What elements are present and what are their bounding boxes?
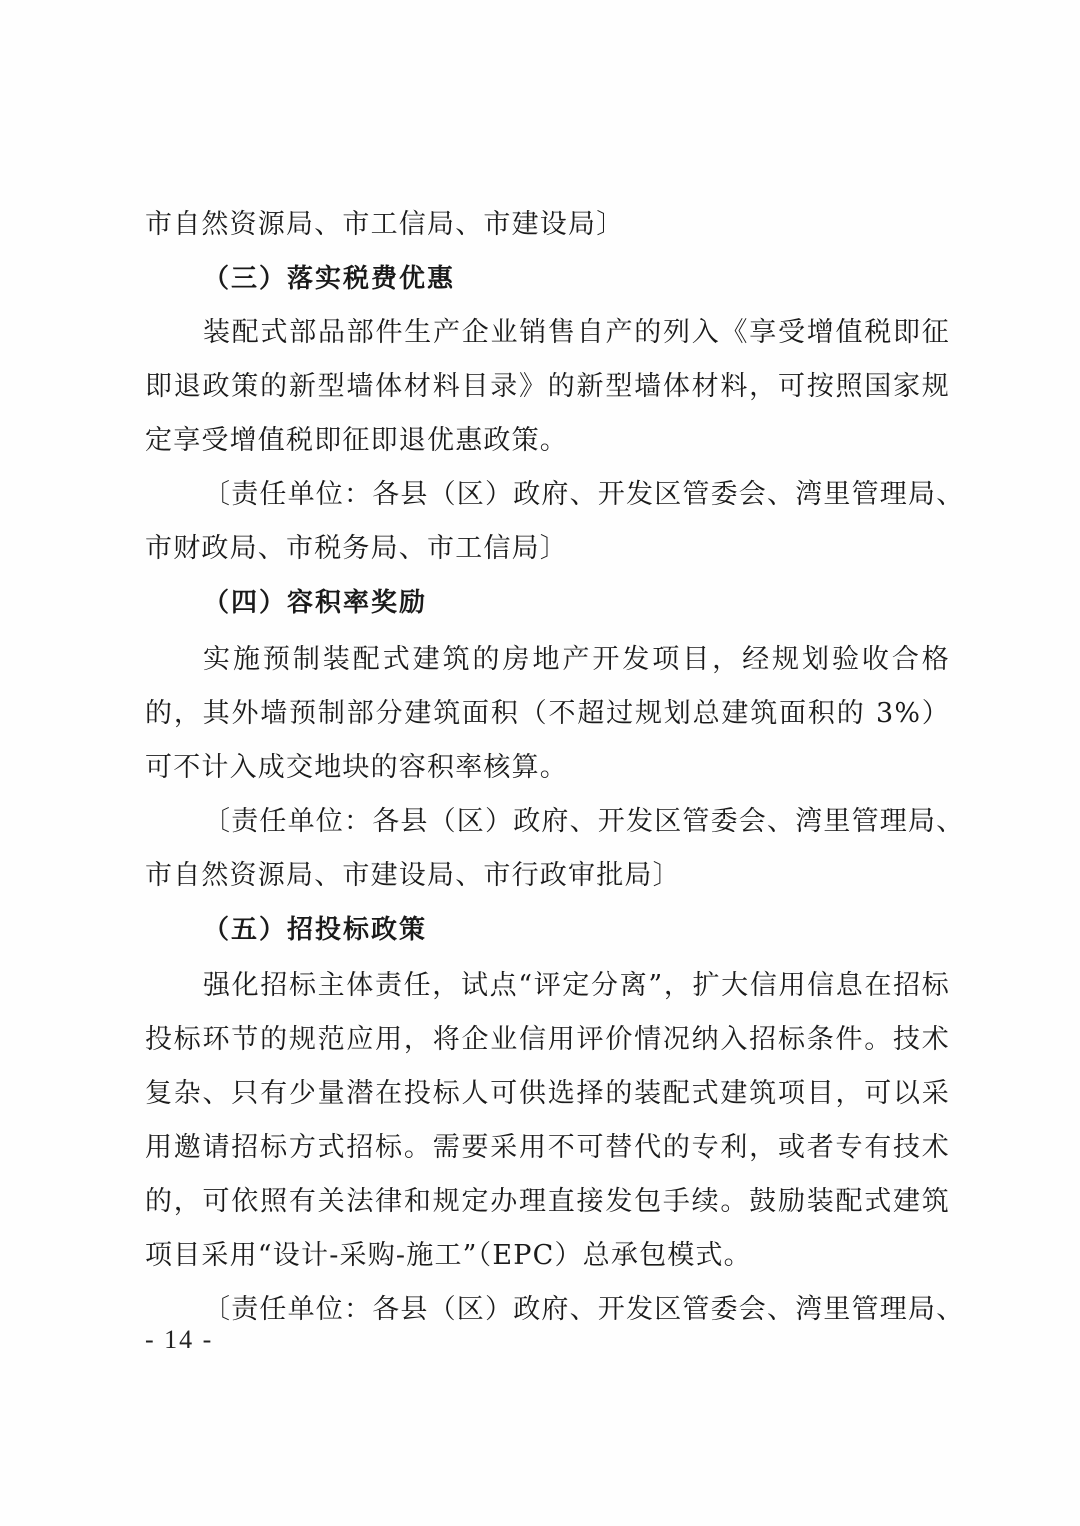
responsibility-units: 〔责任单位：各县（区）政府、开发区管委会、湾里管理局、 xyxy=(203,475,950,515)
responsibility-units: 〔责任单位：各县（区）政府、开发区管委会、湾里管理局、 xyxy=(203,1290,950,1330)
body-paragraph-line: 项目采用“设计-采购-施工”（EPC）总承包模式。 xyxy=(145,1236,950,1276)
body-paragraph-line: 用邀请招标方式招标。需要采用不可替代的专利，或者专有技术 xyxy=(145,1128,950,1168)
responsibility-units: 〔责任单位：各县（区）政府、开发区管委会、湾里管理局、 xyxy=(203,802,950,842)
document-page: 市自然资源局、市工信局、市建设局〕 （三）落实税费优惠 装配式部品部件生产企业销… xyxy=(0,0,1080,1526)
body-paragraph-line: 的，其外墙预制部分建筑面积（不超过规划总建筑面积的 3%） xyxy=(145,694,950,734)
body-paragraph-line: 定享受增值税即征即退优惠政策。 xyxy=(145,421,950,461)
section-heading-4: （四）容积率奖励 xyxy=(203,583,950,623)
responsibility-continuation: 市自然资源局、市工信局、市建设局〕 xyxy=(145,205,950,245)
page-number: - 14 - xyxy=(145,1320,213,1360)
body-paragraph-line: 实施预制装配式建筑的房地产开发项目，经规划验收合格 xyxy=(203,640,950,680)
responsibility-continuation: 市自然资源局、市建设局、市行政审批局〕 xyxy=(145,856,950,896)
section-heading-3: （三）落实税费优惠 xyxy=(203,259,950,299)
body-paragraph-line: 投标环节的规范应用，将企业信用评价情况纳入招标条件。技术 xyxy=(145,1020,950,1060)
body-paragraph-line: 的，可依照有关法律和规定办理直接发包手续。鼓励装配式建筑 xyxy=(145,1182,950,1222)
body-paragraph-line: 复杂、只有少量潜在投标人可供选择的装配式建筑项目，可以采 xyxy=(145,1074,950,1114)
responsibility-continuation: 市财政局、市税务局、市工信局〕 xyxy=(145,529,950,569)
body-paragraph-line: 装配式部品部件生产企业销售自产的列入《享受增值税即征 xyxy=(203,313,950,353)
section-heading-5: （五）招投标政策 xyxy=(203,910,950,950)
body-paragraph-line: 强化招标主体责任，试点“评定分离”，扩大信用信息在招标 xyxy=(203,966,950,1006)
body-paragraph-line: 即退政策的新型墙体材料目录》的新型墙体材料，可按照国家规 xyxy=(145,367,950,407)
body-paragraph-line: 可不计入成交地块的容积率核算。 xyxy=(145,748,950,788)
